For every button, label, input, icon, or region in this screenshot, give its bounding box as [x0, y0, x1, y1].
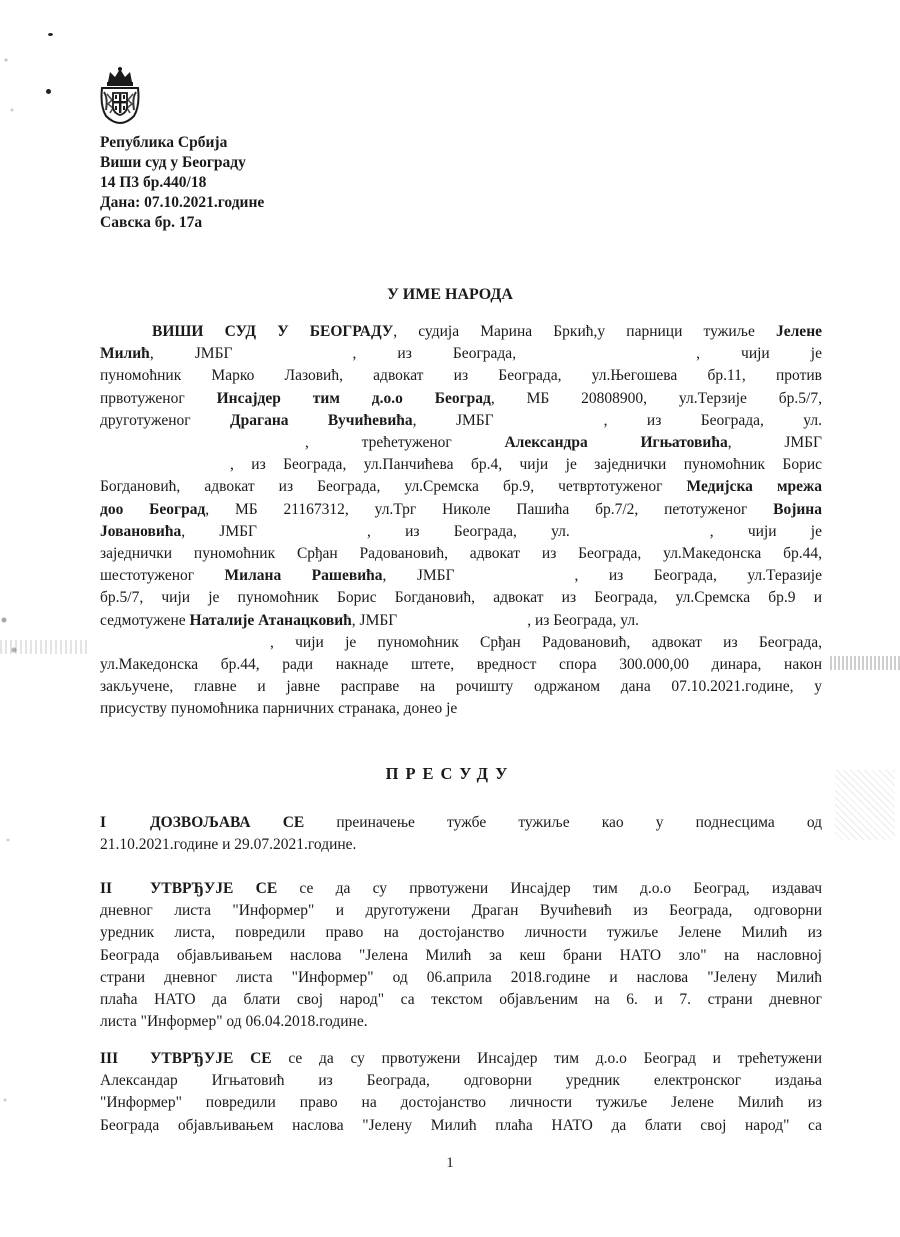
item-line: Београда објављивањем наслова "Јелену Ми… [100, 1115, 822, 1137]
text: седмотужене [100, 612, 190, 629]
text: преиначење тужбе тужиље као у поднесцима… [304, 814, 822, 831]
intro-line: , из Београда, ул.Панчићева бр.4, чији ј… [100, 454, 822, 476]
item-line: уредник листа, повредили право на достој… [100, 922, 822, 944]
text: , ЈМБГ [413, 412, 494, 429]
defendant-name: Инсајдер тим д.о.о Београд [217, 390, 491, 407]
item-line: страни дневног листа "Информер" од 06.ап… [100, 967, 822, 989]
item-lead: УТВРЂУЈЕ СЕ [150, 880, 277, 897]
text: се да су првотужени Инсајдер тим д.о.о Б… [272, 1050, 822, 1067]
item-line: 21.10.2021.године и 29.07.2021.године. [100, 834, 822, 856]
header-date: Дана: 07.10.2021.године [100, 193, 264, 213]
text: , ЈМБГ [352, 612, 397, 629]
defendant-name: Александра Игњатовића [504, 434, 727, 451]
text: , из Београда, ул. [604, 412, 822, 429]
text: , ЈМБГ [728, 434, 822, 451]
intro-line: закључене, главне и јавне расправе на ро… [100, 676, 822, 698]
verdict-item-3: IIIУТВРЂУЈЕ СЕ се да су првотужени Инсај… [100, 1048, 822, 1137]
header-case-number: 14 П3 бр.440/18 [100, 173, 264, 193]
intro-line: присуству пуномоћника парничних странака… [100, 698, 822, 720]
item-line: Београда објављивањем наслова "Јелена Ми… [100, 945, 822, 967]
plaintiff-name: Милић [100, 345, 150, 362]
intro-line: Милић, ЈМБГ, из Београда,, чији је [100, 343, 822, 365]
item-line: Александар Игњатовић из Београда, одгово… [100, 1070, 822, 1092]
scan-speck [46, 89, 51, 94]
text: , МБ 21167312, ул.Трг Николе Пашића бр.7… [205, 501, 773, 518]
defendant-name: доо Београд [100, 501, 205, 518]
defendant-name: Медијска мрежа [687, 478, 822, 495]
text: , из Београда, ул. [367, 523, 570, 540]
text: , чији је [696, 345, 822, 362]
document-page: Република Србија Виши суд у Београду 14 … [0, 0, 900, 1237]
text: , из Београда, ул. [527, 612, 639, 629]
text: , трећетуженог [305, 434, 504, 451]
title-verdict: ПРЕСУДУ [0, 764, 900, 784]
text: првотуженог [100, 390, 217, 407]
item-line: IIУТВРЂУЈЕ СЕ се да су првотужени Инсајд… [100, 878, 822, 900]
defendant-name: Наталије Атанацковић [190, 612, 352, 629]
defendant-name: Милана Рашевића [225, 567, 383, 584]
item-number: I [100, 812, 150, 834]
intro-line: друготуженог Драгана Вучићевића, ЈМБГ, и… [100, 410, 822, 432]
scan-noise-left [0, 0, 30, 1237]
text: се да су првотужени Инсајдер тим д.о.о Б… [277, 880, 822, 897]
intro-line: ВИШИ СУД У БЕОГРАДУ, судија Марина Бркић… [100, 321, 822, 343]
item-number: III [100, 1048, 150, 1070]
intro-line: првотуженог Инсајдер тим д.о.о Београд, … [100, 388, 822, 410]
intro-line: , чији је пуномоћник Срђан Радовановић, … [100, 632, 822, 654]
text: , из Београда, ул.Теразије [575, 567, 822, 584]
intro-line: доо Београд, МБ 21167312, ул.Трг Николе … [100, 499, 822, 521]
intro-line: пуномоћник Марко Лазовић, адвокат из Бео… [100, 365, 822, 387]
text: , ЈМБГ [150, 345, 233, 362]
item-lead: УТВРЂУЈЕ СЕ [150, 1050, 272, 1067]
text: , ЈМБГ [383, 567, 455, 584]
text: друготуженог [100, 412, 230, 429]
item-number: II [100, 878, 150, 900]
court-name: ВИШИ СУД У БЕОГРАДУ [152, 323, 393, 340]
item-line: дневног листа "Информер" и друготужени Д… [100, 900, 822, 922]
item-line: IДОЗВОЉАВА СЕ преиначење тужбе тужиље ка… [100, 812, 822, 834]
item-line: листа "Информер" од 06.04.2018.године. [100, 1011, 822, 1033]
court-header: Република Србија Виши суд у Београду 14 … [100, 133, 264, 233]
scan-smudge-right [830, 656, 900, 670]
defendant-name: Драгана Вучићевића [230, 412, 413, 429]
title-in-the-name-of-people: У ИМЕ НАРОДА [0, 286, 900, 304]
defendant-name: Војина [773, 501, 822, 518]
intro-line: Јовановића, ЈМБГ, из Београда, ул., чији… [100, 521, 822, 543]
header-country: Република Србија [100, 133, 264, 153]
text: , ЈМБГ [181, 523, 257, 540]
item-line: "Информер" повредили право на достојанст… [100, 1092, 822, 1114]
item-lead: ДОЗВОЉАВА СЕ [150, 814, 304, 831]
intro-line: бр.5/7, чији је пуномоћник Борис Богдано… [100, 587, 822, 609]
text: , чији је [710, 523, 822, 540]
intro-line: седмотужене Наталије Атанацковић, ЈМБГ, … [100, 610, 822, 632]
intro-paragraph: ВИШИ СУД У БЕОГРАДУ, судија Марина Бркић… [100, 321, 822, 721]
text: , из Београда, [352, 345, 516, 362]
verdict-item-1: IДОЗВОЉАВА СЕ преиначење тужбе тужиље ка… [100, 812, 822, 856]
verdict-item-2: IIУТВРЂУЈЕ СЕ се да су првотужени Инсајд… [100, 878, 822, 1033]
intro-line: шестотуженог Милана Рашевића, ЈМБГ, из Б… [100, 565, 822, 587]
scan-speck [48, 33, 53, 36]
item-line: плаћа НАТО да блати свој народ" са текст… [100, 989, 822, 1011]
header-address: Савска бр. 17а [100, 213, 264, 233]
intro-line: ул.Македонска бр.44, ради накнаде штете,… [100, 654, 822, 676]
text: , МБ 20808900, ул.Терзије бр.5/7, [491, 390, 822, 407]
text: шестотуженог [100, 567, 225, 584]
intro-line: , трећетуженог Александра Игњатовића, ЈМ… [100, 432, 822, 454]
item-line: IIIУТВРЂУЈЕ СЕ се да су првотужени Инсај… [100, 1048, 822, 1070]
plaintiff-name: Јелене [776, 323, 822, 340]
text: , судија Марина Бркић,у парници тужиље [393, 323, 776, 340]
serbian-coat-of-arms-icon [98, 66, 142, 124]
page-number: 1 [0, 1155, 900, 1172]
defendant-name: Јовановића [100, 523, 181, 540]
text: Богдановић, адвокат из Београда, ул.Срем… [100, 478, 687, 495]
header-court: Виши суд у Београду [100, 153, 264, 173]
intro-line: заједнички пуномоћник Срђан Радовановић,… [100, 543, 822, 565]
intro-line: Богдановић, адвокат из Београда, ул.Срем… [100, 476, 822, 498]
scan-smudge-left [0, 640, 90, 654]
